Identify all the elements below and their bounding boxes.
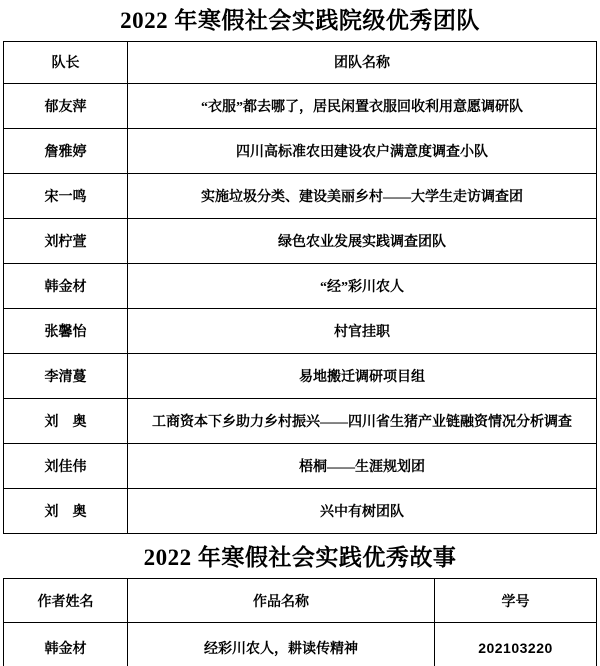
team-cell: “经”彩川农人 xyxy=(128,263,597,308)
student-id-cell: 202103220 xyxy=(435,623,597,666)
team-cell: 村官挂职 xyxy=(128,308,597,353)
table-row: 刘柠萱 绿色农业发展实践调查团队 xyxy=(4,218,597,263)
leader-cell: 詹雅婷 xyxy=(4,128,128,173)
team-cell: 梧桐——生涯规划团 xyxy=(128,443,597,488)
table-row: 郁友萍 “衣服”都去哪了，居民闲置衣服回收利用意愿调研队 xyxy=(4,83,597,128)
teams-table-title: 2022 年寒假社会实践院级优秀团队 xyxy=(0,7,600,35)
author-cell: 韩金材 xyxy=(4,623,128,666)
team-cell: 易地搬迁调研项目组 xyxy=(128,353,597,398)
table-row: 刘 奥 工商资本下乡助力乡村振兴——四川省生猪产业链融资情况分析调查 xyxy=(4,398,597,443)
leader-cell: 张馨怡 xyxy=(4,308,128,353)
table-header-row: 队长 团队名称 xyxy=(4,41,597,83)
stories-table-title: 2022 年寒假社会实践优秀故事 xyxy=(0,544,600,572)
header-team-name: 团队名称 xyxy=(128,41,597,83)
leader-cell: 韩金材 xyxy=(4,263,128,308)
header-leader: 队长 xyxy=(4,41,128,83)
work-cell: 经彩川农人，耕读传精神 xyxy=(128,623,435,666)
leader-cell: 李清蔓 xyxy=(4,353,128,398)
leader-cell: 宋一鸣 xyxy=(4,173,128,218)
table-row: 韩金材 经彩川农人，耕读传精神 202103220 xyxy=(4,623,597,666)
team-cell: 兴中有树团队 xyxy=(128,488,597,533)
document-page: { "table1": { "title": "2022 年寒假社会实践院级优秀… xyxy=(0,0,600,666)
table-row: 张馨怡 村官挂职 xyxy=(4,308,597,353)
table-row: 李清蔓 易地搬迁调研项目组 xyxy=(4,353,597,398)
excellent-teams-table: 队长 团队名称 郁友萍 “衣服”都去哪了，居民闲置衣服回收利用意愿调研队 詹雅婷… xyxy=(3,41,597,534)
team-cell: 工商资本下乡助力乡村振兴——四川省生猪产业链融资情况分析调查 xyxy=(128,398,597,443)
leader-cell: 刘 奥 xyxy=(4,488,128,533)
excellent-stories-table: 作者姓名 作品名称 学号 韩金材 经彩川农人，耕读传精神 202103220 xyxy=(3,578,597,666)
team-cell: 绿色农业发展实践调查团队 xyxy=(128,218,597,263)
table-row: 刘佳伟 梧桐——生涯规划团 xyxy=(4,443,597,488)
header-student-id: 学号 xyxy=(435,579,597,623)
team-cell: “衣服”都去哪了，居民闲置衣服回收利用意愿调研队 xyxy=(128,83,597,128)
leader-cell: 刘佳伟 xyxy=(4,443,128,488)
team-cell: 四川高标准农田建设农户满意度调查小队 xyxy=(128,128,597,173)
leader-cell: 刘柠萱 xyxy=(4,218,128,263)
leader-cell: 郁友萍 xyxy=(4,83,128,128)
table-row: 詹雅婷 四川高标准农田建设农户满意度调查小队 xyxy=(4,128,597,173)
header-work-name: 作品名称 xyxy=(128,579,435,623)
table-row: 宋一鸣 实施垃圾分类、建设美丽乡村——大学生走访调查团 xyxy=(4,173,597,218)
team-cell: 实施垃圾分类、建设美丽乡村——大学生走访调查团 xyxy=(128,173,597,218)
table-row: 刘 奥 兴中有树团队 xyxy=(4,488,597,533)
table-header-row: 作者姓名 作品名称 学号 xyxy=(4,579,597,623)
header-author-name: 作者姓名 xyxy=(4,579,128,623)
leader-cell: 刘 奥 xyxy=(4,398,128,443)
table-row: 韩金材 “经”彩川农人 xyxy=(4,263,597,308)
